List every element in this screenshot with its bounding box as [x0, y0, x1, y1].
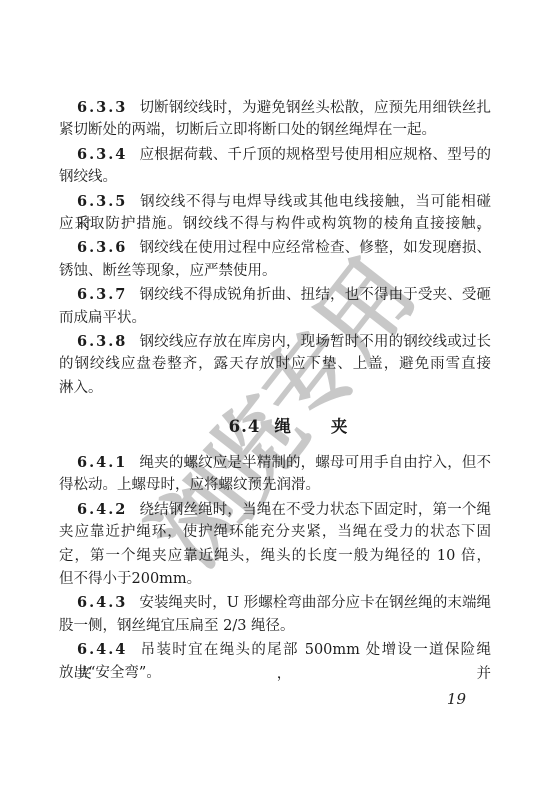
clause-line: 但不得小于200mm。 [59, 568, 491, 591]
clause-line-text: 而成扁平状。 [59, 310, 146, 326]
clause-line-text: 夹应靠近护绳环，使护绳环能充分夹紧，当绳在受力的状态下固 [59, 524, 491, 540]
clause-paragraph: 6.3.8钢绞线应存放在库房内，现场暂时不用的钢绞线或过长 的钢绞线应盘卷整齐，… [59, 330, 491, 400]
clause-line: 应采取防护措施。钢绞线不得与构件或构筑物的棱角直接接触。 [59, 213, 491, 236]
clause-line-text: 淋入。 [59, 380, 103, 396]
clause-line-text: 但不得小于200mm。 [59, 571, 201, 587]
clause-line: 6.3.8钢绞线应存放在库房内，现场暂时不用的钢绞线或过长 [59, 330, 491, 353]
clause-line: 6.4.1绳夹的螺纹应是半精制的，螺母可用手自由拧入，但不 [59, 451, 491, 474]
text-block: 6.3.3切断钢绞线时，为避免钢丝头松散，应预先用细铁丝扎 紧切断处的两端，切断… [59, 96, 491, 685]
clause-line-text: 钢绞线应存放在库房内，现场暂时不用的钢绞线或过长 [139, 334, 491, 350]
clause-paragraph: 6.4.1绳夹的螺纹应是半精制的，螺母可用手自由拧入，但不 得松动。上螺母时，应… [59, 451, 491, 498]
clause-paragraph: 6.3.3切断钢绞线时，为避免钢丝头松散，应预先用细铁丝扎 紧切断处的两端，切断… [59, 96, 491, 143]
clause-line-text: 钢绞线在使用过程中应经常检查、修整，如发现磨损、 [139, 240, 491, 256]
clause-line-text: 应采取防护措施。钢绞线不得与构件或构筑物的棱角直接接触。 [59, 216, 491, 232]
clause-line: 股一侧，钢丝绳宜压扁至 2/3 绳径。 [59, 615, 491, 638]
clause-number: 6.4.3 [77, 594, 127, 611]
clause-line: 6.4.4吊装时宜在绳头的尾部 500mm 处增设一道保险绳夹，并 [59, 638, 491, 661]
clause-number: 6.3.6 [77, 239, 127, 256]
clause-line-text: 绳夹的螺纹应是半精制的，螺母可用手自由拧入，但不 [139, 455, 491, 471]
clause-number: 6.4.4 [77, 641, 127, 658]
clause-line: 淋入。 [59, 377, 491, 400]
clause-paragraph: 6.4.2绕结钢丝绳时，当绳在不受力状态下固定时，第一个绳 夹应靠近护绳环，使护… [59, 498, 491, 592]
clause-line-text: 绕结钢丝绳时，当绳在不受力状态下固定时，第一个绳 [139, 502, 491, 518]
clause-line-text: 的钢绞线应盘卷整齐，露天存放时应下垫、上盖，避免雨雪直接 [59, 356, 491, 372]
page-number: 19 [447, 690, 466, 708]
heading-number: 6.4 [229, 417, 261, 436]
clause-paragraph: 6.3.6钢绞线在使用过程中应经常检查、修整，如发现磨损、 锈蚀、断丝等现象，应… [59, 236, 491, 283]
clause-line: 得松动。上螺母时，应将螺纹预先润滑。 [59, 474, 491, 497]
clause-line: 6.3.4应根据荷载、千斤顶的规格型号使用相应规格、型号的 [59, 143, 491, 166]
clause-line-text: 安装绳夹时，U 形螺栓弯曲部分应卡在钢丝绳的末端绳 [139, 595, 491, 611]
clause-number: 6.4.2 [77, 501, 127, 518]
clause-line: 夹应靠近护绳环，使护绳环能充分夹紧，当绳在受力的状态下固 [59, 521, 491, 544]
clause-line: 而成扁平状。 [59, 307, 491, 330]
clause-number: 6.3.3 [77, 99, 127, 116]
clause-line: 6.3.7钢绞线不得成锐角折曲、扭结，也不得由于受夹、受砸 [59, 283, 491, 306]
clause-paragraph: 6.4.4吊装时宜在绳头的尾部 500mm 处增设一道保险绳夹，并 放出“安全弯… [59, 638, 491, 685]
clause-number: 6.3.7 [77, 286, 127, 303]
clause-line-text: 得松动。上螺母时，应将螺纹预先润滑。 [59, 477, 320, 493]
clause-number: 6.3.4 [77, 146, 127, 163]
clause-line: 定，第一个绳夹应靠近绳头，绳头的长度一般为绳径的 10 倍， [59, 545, 491, 568]
section-heading: 6.4绳夹 [59, 416, 491, 438]
clause-line: 紧切断处的两端，切断后立即将断口处的钢丝绳焊在一起。 [59, 119, 491, 142]
clause-line: 6.3.6钢绞线在使用过程中应经常检查、修整，如发现磨损、 [59, 236, 491, 259]
clause-line: 6.4.2绕结钢丝绳时，当绳在不受力状态下固定时，第一个绳 [59, 498, 491, 521]
clause-paragraph: 6.3.7钢绞线不得成锐角折曲、扭结，也不得由于受夹、受砸 而成扁平状。 [59, 283, 491, 330]
heading-word: 夹 [331, 417, 348, 436]
clause-paragraph: 6.3.4应根据荷载、千斤顶的规格型号使用相应规格、型号的 钢绞线。 [59, 143, 491, 190]
clause-line-text: 股一侧，钢丝绳宜压扁至 2/3 绳径。 [59, 618, 295, 634]
clause-line: 6.3.5钢绞线不得与电焊导线或其他电线接触，当可能相碰时， [59, 190, 491, 213]
clause-number: 6.3.5 [77, 193, 127, 210]
clause-line-text: 切断钢绞线时，为避免钢丝头松散，应预先用细铁丝扎 [139, 100, 491, 116]
clause-line: 锈蚀、断丝等现象，应严禁使用。 [59, 260, 491, 283]
clause-paragraph: 6.4.3安装绳夹时，U 形螺栓弯曲部分应卡在钢丝绳的末端绳 股一侧，钢丝绳宜压… [59, 591, 491, 638]
document-page: 浏览专用 6.3.3切断钢绞线时，为避免钢丝头松散，应预先用细铁丝扎 紧切断处的… [0, 0, 551, 790]
clause-line-text: 钢绞线不得成锐角折曲、扭结，也不得由于受夹、受砸 [139, 287, 491, 303]
clause-line: 6.4.3安装绳夹时，U 形螺栓弯曲部分应卡在钢丝绳的末端绳 [59, 591, 491, 614]
clause-line-text: 锈蚀、断丝等现象，应严禁使用。 [59, 263, 277, 279]
clause-line-text: 定，第一个绳夹应靠近绳头，绳头的长度一般为绳径的 10 倍， [59, 548, 491, 564]
clause-line-text: 钢绞线。 [59, 169, 117, 185]
clause-number: 6.3.8 [77, 333, 127, 350]
clause-line: 6.3.3切断钢绞线时，为避免钢丝头松散，应预先用细铁丝扎 [59, 96, 491, 119]
clause-number: 6.4.1 [77, 454, 127, 471]
clause-paragraph: 6.3.5钢绞线不得与电焊导线或其他电线接触，当可能相碰时， 应采取防护措施。钢… [59, 190, 491, 237]
heading-word: 绳 [274, 417, 291, 436]
clause-line-text: 应根据荷载、千斤顶的规格型号使用相应规格、型号的 [139, 147, 491, 163]
clause-line: 的钢绞线应盘卷整齐，露天存放时应下垫、上盖，避免雨雪直接 [59, 353, 491, 376]
clause-line: 钢绞线。 [59, 166, 491, 189]
clause-line-text: 放出“安全弯”。 [59, 665, 161, 681]
clause-line-text: 紧切断处的两端，切断后立即将断口处的钢丝绳焊在一起。 [59, 122, 436, 138]
